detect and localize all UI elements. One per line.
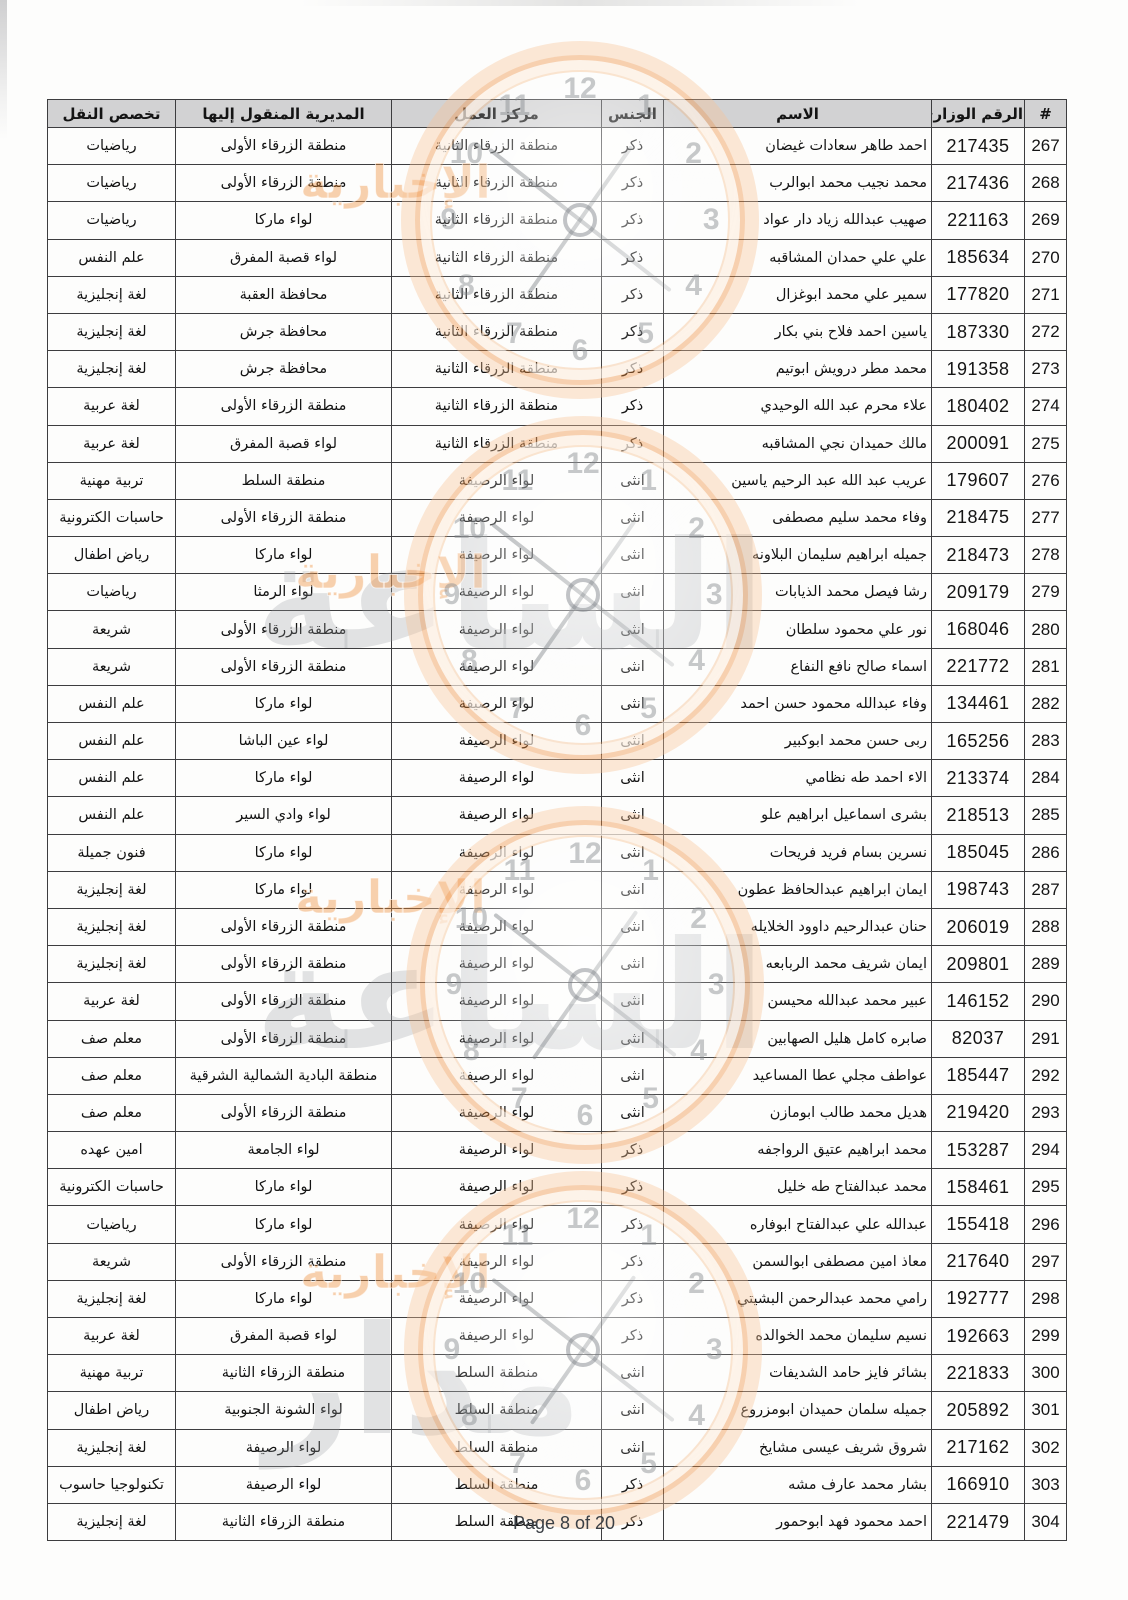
cell-row-number: 281 — [1025, 648, 1067, 685]
header-transfer-specialization: تخصص النقل — [48, 100, 176, 128]
cell-specialization: لغة إنجليزية — [48, 908, 176, 945]
table-row: 294 153287 محمد ابراهيم عتيق الرواجفه ذك… — [48, 1132, 1067, 1169]
table-row: 278 218473 جميله ابراهيم سليمان البلاونه… — [48, 537, 1067, 574]
cell-row-number: 269 — [1025, 202, 1067, 239]
cell-work-center: منطقة الزرقاء الثانية — [392, 165, 602, 202]
cell-work-center: منطقة الزرقاء الثانية — [392, 202, 602, 239]
cell-gender: ذكر — [602, 313, 664, 350]
table-row: 288 206019 حنان عبدالرحيم داوود الخلايله… — [48, 908, 1067, 945]
cell-name: عبدالله علي عبدالفتاح ابوفاره — [664, 1206, 932, 1243]
cell-ministry-number: 134461 — [932, 685, 1025, 722]
cell-directorate: منطقة الزرقاء الأولى — [176, 388, 392, 425]
cell-gender: انثى — [602, 1392, 664, 1429]
cell-directorate: لواء ماركا — [176, 871, 392, 908]
cell-work-center: لواء الرصيفة — [392, 499, 602, 536]
cell-gender: انثى — [602, 834, 664, 871]
cell-specialization: لغة عربية — [48, 1318, 176, 1355]
cell-gender: ذكر — [602, 1132, 664, 1169]
cell-work-center: لواء الرصيفة — [392, 723, 602, 760]
header-row-number: # — [1025, 100, 1067, 128]
cell-specialization: تربية مهنية — [48, 462, 176, 499]
cell-specialization: لغة إنجليزية — [48, 871, 176, 908]
cell-specialization: رياض اطفال — [48, 537, 176, 574]
cell-name: بشار محمد عارف مشه — [664, 1466, 932, 1503]
cell-ministry-number: 185447 — [932, 1057, 1025, 1094]
scan-edge-artifact — [0, 0, 7, 140]
cell-row-number: 271 — [1025, 276, 1067, 313]
cell-work-center: لواء الرصيفة — [392, 871, 602, 908]
cell-specialization: لغة إنجليزية — [48, 1429, 176, 1466]
cell-gender: انثى — [602, 871, 664, 908]
cell-directorate: منطقة الزرقاء الأولى — [176, 499, 392, 536]
cell-work-center: لواء الرصيفة — [392, 1020, 602, 1057]
cell-gender: انثى — [602, 760, 664, 797]
cell-directorate: لواء قصبة المفرق — [176, 425, 392, 462]
header-work-center: مركز العمل — [392, 100, 602, 128]
cell-specialization: رياضيات — [48, 202, 176, 239]
cell-work-center: لواء الرصيفة — [392, 946, 602, 983]
cell-directorate: محافظة جرش — [176, 351, 392, 388]
scan-top-artifact — [300, 0, 860, 6]
cell-directorate: منطقة الزرقاء الأولى — [176, 1243, 392, 1280]
cell-specialization: لغة إنجليزية — [48, 313, 176, 350]
cell-ministry-number: 217640 — [932, 1243, 1025, 1280]
cell-row-number: 298 — [1025, 1280, 1067, 1317]
cell-ministry-number: 179607 — [932, 462, 1025, 499]
cell-work-center: منطقة السلط — [392, 1355, 602, 1392]
table-row: 268 217436 محمد نجيب محمد ابوالرب ذكر من… — [48, 165, 1067, 202]
cell-name: سمير علي محمد ابوغزال — [664, 276, 932, 313]
table-row: 274 180402 علاء محرم عبد الله الوحيدي ذك… — [48, 388, 1067, 425]
cell-directorate: لواء ماركا — [176, 537, 392, 574]
cell-ministry-number: 200091 — [932, 425, 1025, 462]
cell-name: صابره كامل هليل الصهابين — [664, 1020, 932, 1057]
cell-specialization: حاسبات الكترونية — [48, 499, 176, 536]
cell-name: بشائر فايز حامد الشديفات — [664, 1355, 932, 1392]
table-row: 272 187330 ياسين احمد فلاح بني بكار ذكر … — [48, 313, 1067, 350]
cell-ministry-number: 213374 — [932, 760, 1025, 797]
cell-row-number: 282 — [1025, 685, 1067, 722]
table-row: 297 217640 معاذ امين مصطفى ابوالسمن ذكر … — [48, 1243, 1067, 1280]
cell-ministry-number: 217436 — [932, 165, 1025, 202]
cell-row-number: 289 — [1025, 946, 1067, 983]
header-gender: الجنس — [602, 100, 664, 128]
table-row: 289 209801 ايمان شريف محمد الربابعه انثى… — [48, 946, 1067, 983]
cell-row-number: 277 — [1025, 499, 1067, 536]
header-directorate-transferred-to: المديرية المنقول إليها — [176, 100, 392, 128]
cell-ministry-number: 185634 — [932, 239, 1025, 276]
cell-gender: انثى — [602, 1057, 664, 1094]
cell-ministry-number: 209801 — [932, 946, 1025, 983]
cell-gender: ذكر — [602, 1206, 664, 1243]
cell-gender: انثى — [602, 1429, 664, 1466]
cell-ministry-number: 165256 — [932, 723, 1025, 760]
cell-row-number: 293 — [1025, 1094, 1067, 1131]
cell-name: ايمان شريف محمد الربابعه — [664, 946, 932, 983]
cell-row-number: 273 — [1025, 351, 1067, 388]
table-row: 290 146152 عبير محمد عبدالله محيسن انثى … — [48, 983, 1067, 1020]
table-row: 281 221772 اسماء صالح نافع النفاع انثى ل… — [48, 648, 1067, 685]
table-row: 293 219420 هديل محمد طالب ابومازن انثى ل… — [48, 1094, 1067, 1131]
cell-directorate: لواء عين الباشا — [176, 723, 392, 760]
cell-specialization: رياضيات — [48, 128, 176, 165]
cell-work-center: لواء الرصيفة — [392, 908, 602, 945]
cell-gender: ذكر — [602, 425, 664, 462]
cell-gender: انثى — [602, 983, 664, 1020]
cell-gender: انثى — [602, 648, 664, 685]
cell-specialization: شريعة — [48, 648, 176, 685]
cell-name: نسرين بسام فريد فريحات — [664, 834, 932, 871]
table-row: 284 213374 الاء احمد طه نظامي انثى لواء … — [48, 760, 1067, 797]
cell-gender: ذكر — [602, 276, 664, 313]
cell-gender: ذكر — [602, 202, 664, 239]
cell-row-number: 267 — [1025, 128, 1067, 165]
table-row: 286 185045 نسرين بسام فريد فريحات انثى ل… — [48, 834, 1067, 871]
cell-name: معاذ امين مصطفى ابوالسمن — [664, 1243, 932, 1280]
cell-gender: انثى — [602, 574, 664, 611]
cell-specialization: رياضيات — [48, 1206, 176, 1243]
cell-work-center: لواء الرصيفة — [392, 648, 602, 685]
cell-directorate: لواء الرصيفة — [176, 1466, 392, 1503]
table-row: 271 177820 سمير علي محمد ابوغزال ذكر منط… — [48, 276, 1067, 313]
cell-name: علاء محرم عبد الله الوحيدي — [664, 388, 932, 425]
cell-ministry-number: 198743 — [932, 871, 1025, 908]
cell-name: صهيب عبدالله زياد دار عواد — [664, 202, 932, 239]
cell-row-number: 286 — [1025, 834, 1067, 871]
cell-name: اسماء صالح نافع النفاع — [664, 648, 932, 685]
cell-directorate: لواء الجامعة — [176, 1132, 392, 1169]
cell-work-center: لواء الرصيفة — [392, 537, 602, 574]
cell-work-center: منطقة الزرقاء الثانية — [392, 313, 602, 350]
cell-specialization: لغة عربية — [48, 983, 176, 1020]
cell-gender: ذكر — [602, 1280, 664, 1317]
cell-directorate: لواء ماركا — [176, 1280, 392, 1317]
cell-ministry-number: 187330 — [932, 313, 1025, 350]
cell-ministry-number: 221163 — [932, 202, 1025, 239]
cell-work-center: منطقة الزرقاء الثانية — [392, 128, 602, 165]
cell-ministry-number: 168046 — [932, 611, 1025, 648]
cell-row-number: 275 — [1025, 425, 1067, 462]
cell-name: هديل محمد طالب ابومازن — [664, 1094, 932, 1131]
cell-specialization: معلم صف — [48, 1094, 176, 1131]
cell-work-center: لواء الرصيفة — [392, 1318, 602, 1355]
cell-directorate: منطقة الزرقاء الأولى — [176, 908, 392, 945]
cell-specialization: علم النفس — [48, 239, 176, 276]
cell-ministry-number: 219420 — [932, 1094, 1025, 1131]
cell-ministry-number: 206019 — [932, 908, 1025, 945]
table-row: 300 221833 بشائر فايز حامد الشديفات انثى… — [48, 1355, 1067, 1392]
cell-ministry-number: 217435 — [932, 128, 1025, 165]
cell-directorate: منطقة الزرقاء الأولى — [176, 165, 392, 202]
table-row: 296 155418 عبدالله علي عبدالفتاح ابوفاره… — [48, 1206, 1067, 1243]
cell-work-center: لواء الرصيفة — [392, 1206, 602, 1243]
cell-work-center: لواء الرصيفة — [392, 1169, 602, 1206]
cell-work-center: منطقة الزرقاء الثانية — [392, 388, 602, 425]
cell-name: ايمان ابراهيم عبدالحافظ عطون — [664, 871, 932, 908]
cell-name: بشرى اسماعيل ابراهيم علو — [664, 797, 932, 834]
cell-row-number: 283 — [1025, 723, 1067, 760]
cell-work-center: لواء الرصيفة — [392, 611, 602, 648]
document-sheet: # الرقم الوزاري الاسم الجنس مركز العمل ا… — [47, 99, 1067, 1541]
cell-row-number: 270 — [1025, 239, 1067, 276]
table-row: 267 217435 احمد طاهر سعادات غيضان ذكر من… — [48, 128, 1067, 165]
cell-row-number: 272 — [1025, 313, 1067, 350]
cell-ministry-number: 166910 — [932, 1466, 1025, 1503]
cell-work-center: منطقة السلط — [392, 1429, 602, 1466]
cell-gender: انثى — [602, 946, 664, 983]
table-row: 299 192663 نسيم سليمان محمد الخوالده ذكر… — [48, 1318, 1067, 1355]
cell-specialization: معلم صف — [48, 1020, 176, 1057]
cell-name: عريب عبد الله عبد الرحيم ياسين — [664, 462, 932, 499]
cell-directorate: لواء ماركا — [176, 685, 392, 722]
cell-name: حنان عبدالرحيم داوود الخلايله — [664, 908, 932, 945]
cell-ministry-number: 191358 — [932, 351, 1025, 388]
cell-directorate: لواء الرمثا — [176, 574, 392, 611]
table-row: 280 168046 نور علي محمود سلطان انثى لواء… — [48, 611, 1067, 648]
cell-ministry-number: 177820 — [932, 276, 1025, 313]
cell-gender: ذكر — [602, 239, 664, 276]
cell-name: نسيم سليمان محمد الخوالده — [664, 1318, 932, 1355]
cell-work-center: منطقة الزرقاء الثانية — [392, 351, 602, 388]
cell-name: جميله ابراهيم سليمان البلاونه — [664, 537, 932, 574]
cell-specialization: لغة إنجليزية — [48, 276, 176, 313]
cell-directorate: لواء قصبة المفرق — [176, 239, 392, 276]
cell-row-number: 292 — [1025, 1057, 1067, 1094]
cell-work-center: لواء الرصيفة — [392, 685, 602, 722]
cell-name: جميله سلمان حميدان ابومزروع — [664, 1392, 932, 1429]
table-row: 275 200091 مالك حميدان نجي المشاقبه ذكر … — [48, 425, 1067, 462]
cell-directorate: لواء قصبة المفرق — [176, 1318, 392, 1355]
cell-row-number: 295 — [1025, 1169, 1067, 1206]
cell-directorate: منطقة السلط — [176, 462, 392, 499]
cell-gender: ذكر — [602, 388, 664, 425]
cell-row-number: 291 — [1025, 1020, 1067, 1057]
cell-work-center: لواء الرصيفة — [392, 1243, 602, 1280]
cell-row-number: 285 — [1025, 797, 1067, 834]
cell-row-number: 288 — [1025, 908, 1067, 945]
cell-ministry-number: 218475 — [932, 499, 1025, 536]
cell-name: علي علي حمدان المشاقبه — [664, 239, 932, 276]
table-row: 277 218475 وفاء محمد سليم مصطفى انثى لوا… — [48, 499, 1067, 536]
cell-name: مالك حميدان نجي المشاقبه — [664, 425, 932, 462]
cell-gender: انثى — [602, 908, 664, 945]
cell-specialization: شريعة — [48, 611, 176, 648]
cell-directorate: منطقة الزرقاء الأولى — [176, 611, 392, 648]
cell-specialization: لغة عربية — [48, 388, 176, 425]
cell-specialization: رياضيات — [48, 574, 176, 611]
cell-directorate: محافظة جرش — [176, 313, 392, 350]
cell-gender: ذكر — [602, 1466, 664, 1503]
table-row: 287 198743 ايمان ابراهيم عبدالحافظ عطون … — [48, 871, 1067, 908]
table-row: 291 82037 صابره كامل هليل الصهابين انثى … — [48, 1020, 1067, 1057]
cell-name: ياسين احمد فلاح بني بكار — [664, 313, 932, 350]
cell-directorate: لواء الرصيفة — [176, 1429, 392, 1466]
header-ministry-number: الرقم الوزاري — [932, 100, 1025, 128]
cell-work-center: لواء الرصيفة — [392, 1132, 602, 1169]
cell-directorate: لواء ماركا — [176, 1206, 392, 1243]
cell-name: محمد مطر درويش ابوتيم — [664, 351, 932, 388]
cell-row-number: 278 — [1025, 537, 1067, 574]
cell-directorate: لواء ماركا — [176, 1169, 392, 1206]
cell-row-number: 279 — [1025, 574, 1067, 611]
cell-ministry-number: 180402 — [932, 388, 1025, 425]
cell-name: محمد ابراهيم عتيق الرواجفه — [664, 1132, 932, 1169]
table-row: 285 218513 بشرى اسماعيل ابراهيم علو انثى… — [48, 797, 1067, 834]
cell-directorate: منطقة الزرقاء الثانية — [176, 1355, 392, 1392]
cell-directorate: منطقة الزرقاء الأولى — [176, 1094, 392, 1131]
cell-work-center: منطقة الزرقاء الثانية — [392, 276, 602, 313]
cell-work-center: لواء الرصيفة — [392, 1094, 602, 1131]
cell-name: وفاء محمد سليم مصطفى — [664, 499, 932, 536]
cell-specialization: حاسبات الكترونية — [48, 1169, 176, 1206]
cell-directorate: محافظة العقبة — [176, 276, 392, 313]
cell-gender: انثى — [602, 462, 664, 499]
cell-ministry-number: 185045 — [932, 834, 1025, 871]
cell-directorate: لواء ماركا — [176, 202, 392, 239]
table-row: 301 205892 جميله سلمان حميدان ابومزروع ا… — [48, 1392, 1067, 1429]
cell-row-number: 284 — [1025, 760, 1067, 797]
table-row: 270 185634 علي علي حمدان المشاقبه ذكر من… — [48, 239, 1067, 276]
cell-directorate: منطقة الزرقاء الأولى — [176, 983, 392, 1020]
cell-specialization: علم النفس — [48, 685, 176, 722]
cell-gender: انثى — [602, 723, 664, 760]
cell-name: الاء احمد طه نظامي — [664, 760, 932, 797]
cell-specialization: علم النفس — [48, 797, 176, 834]
cell-ministry-number: 158461 — [932, 1169, 1025, 1206]
cell-directorate: لواء ماركا — [176, 760, 392, 797]
cell-ministry-number: 192777 — [932, 1280, 1025, 1317]
table-row: 295 158461 محمد عبدالفتاح طه خليل ذكر لو… — [48, 1169, 1067, 1206]
cell-work-center: منطقة السلط — [392, 1392, 602, 1429]
cell-specialization: تربية مهنية — [48, 1355, 176, 1392]
cell-ministry-number: 146152 — [932, 983, 1025, 1020]
cell-row-number: 287 — [1025, 871, 1067, 908]
cell-gender: انثى — [602, 1094, 664, 1131]
table-row: 298 192777 رامي محمد عبدالرحمن البشيتي ذ… — [48, 1280, 1067, 1317]
cell-row-number: 303 — [1025, 1466, 1067, 1503]
cell-work-center: لواء الرصيفة — [392, 983, 602, 1020]
cell-gender: انثى — [602, 537, 664, 574]
cell-directorate: منطقة الزرقاء الأولى — [176, 648, 392, 685]
table-row: 292 185447 عواطف مجلي عطا المساعيد انثى … — [48, 1057, 1067, 1094]
cell-ministry-number: 153287 — [932, 1132, 1025, 1169]
cell-name: وفاء عبدالله محمود حسن احمد — [664, 685, 932, 722]
cell-gender: انثى — [602, 499, 664, 536]
cell-name: ربى حسن محمد ابوكبير — [664, 723, 932, 760]
cell-specialization: شريعة — [48, 1243, 176, 1280]
cell-row-number: 297 — [1025, 1243, 1067, 1280]
transfer-table: # الرقم الوزاري الاسم الجنس مركز العمل ا… — [47, 99, 1067, 1541]
cell-row-number: 268 — [1025, 165, 1067, 202]
cell-row-number: 296 — [1025, 1206, 1067, 1243]
cell-name: محمد عبدالفتاح طه خليل — [664, 1169, 932, 1206]
cell-row-number: 280 — [1025, 611, 1067, 648]
table-body: 267 217435 احمد طاهر سعادات غيضان ذكر من… — [48, 128, 1067, 1541]
table-row: 269 221163 صهيب عبدالله زياد دار عواد ذك… — [48, 202, 1067, 239]
table-row: 283 165256 ربى حسن محمد ابوكبير انثى لوا… — [48, 723, 1067, 760]
cell-gender: ذكر — [602, 351, 664, 388]
page-number-footer: Page 8 of 20 — [0, 1513, 1128, 1534]
cell-specialization: لغة عربية — [48, 425, 176, 462]
cell-specialization: امين عهده — [48, 1132, 176, 1169]
cell-directorate: منطقة البادية الشمالية الشرقية — [176, 1057, 392, 1094]
cell-name: عبير محمد عبدالله محيسن — [664, 983, 932, 1020]
cell-specialization: رياض اطفال — [48, 1392, 176, 1429]
cell-work-center: منطقة الزرقاء الثانية — [392, 239, 602, 276]
cell-work-center: لواء الرصيفة — [392, 462, 602, 499]
cell-ministry-number: 218513 — [932, 797, 1025, 834]
cell-row-number: 302 — [1025, 1429, 1067, 1466]
cell-work-center: لواء الرصيفة — [392, 1057, 602, 1094]
cell-gender: انثى — [602, 685, 664, 722]
cell-directorate: منطقة الزرقاء الأولى — [176, 1020, 392, 1057]
cell-ministry-number: 217162 — [932, 1429, 1025, 1466]
cell-row-number: 274 — [1025, 388, 1067, 425]
cell-work-center: لواء الرصيفة — [392, 574, 602, 611]
cell-name: احمد طاهر سعادات غيضان — [664, 128, 932, 165]
cell-gender: انثى — [602, 1355, 664, 1392]
cell-specialization: معلم صف — [48, 1057, 176, 1094]
table-row: 276 179607 عريب عبد الله عبد الرحيم ياسي… — [48, 462, 1067, 499]
cell-directorate: لواء وادي السير — [176, 797, 392, 834]
cell-row-number: 301 — [1025, 1392, 1067, 1429]
cell-directorate: لواء الشونة الجنوبية — [176, 1392, 392, 1429]
cell-gender: ذكر — [602, 128, 664, 165]
table-row: 282 134461 وفاء عبدالله محمود حسن احمد ا… — [48, 685, 1067, 722]
cell-directorate: منطقة الزرقاء الأولى — [176, 128, 392, 165]
cell-ministry-number: 209179 — [932, 574, 1025, 611]
cell-row-number: 300 — [1025, 1355, 1067, 1392]
cell-work-center: لواء الرصيفة — [392, 834, 602, 871]
cell-specialization: علم النفس — [48, 760, 176, 797]
cell-ministry-number: 192663 — [932, 1318, 1025, 1355]
cell-work-center: منطقة الزرقاء الثانية — [392, 425, 602, 462]
cell-work-center: لواء الرصيفة — [392, 797, 602, 834]
cell-row-number: 299 — [1025, 1318, 1067, 1355]
cell-ministry-number: 218473 — [932, 537, 1025, 574]
cell-specialization: فنون جميلة — [48, 834, 176, 871]
cell-ministry-number: 82037 — [932, 1020, 1025, 1057]
cell-gender: ذكر — [602, 1318, 664, 1355]
cell-specialization: تكنولوجيا حاسوب — [48, 1466, 176, 1503]
cell-specialization: رياضيات — [48, 165, 176, 202]
cell-work-center: لواء الرصيفة — [392, 1280, 602, 1317]
cell-ministry-number: 205892 — [932, 1392, 1025, 1429]
cell-name: رشا فيصل محمد الذيابات — [664, 574, 932, 611]
cell-gender: انثى — [602, 797, 664, 834]
cell-name: نور علي محمود سلطان — [664, 611, 932, 648]
table-row: 303 166910 بشار محمد عارف مشه ذكر منطقة … — [48, 1466, 1067, 1503]
cell-specialization: لغة إنجليزية — [48, 351, 176, 388]
cell-name: رامي محمد عبدالرحمن البشيتي — [664, 1280, 932, 1317]
cell-specialization: لغة إنجليزية — [48, 946, 176, 983]
cell-work-center: لواء الرصيفة — [392, 760, 602, 797]
cell-gender: انثى — [602, 611, 664, 648]
cell-name: عواطف مجلي عطا المساعيد — [664, 1057, 932, 1094]
cell-work-center: منطقة السلط — [392, 1466, 602, 1503]
header-name: الاسم — [664, 100, 932, 128]
table-row: 273 191358 محمد مطر درويش ابوتيم ذكر منط… — [48, 351, 1067, 388]
cell-name: محمد نجيب محمد ابوالرب — [664, 165, 932, 202]
cell-ministry-number: 221772 — [932, 648, 1025, 685]
cell-name: شروق شريف عيسى مشايخ — [664, 1429, 932, 1466]
table-row: 279 209179 رشا فيصل محمد الذيابات انثى ل… — [48, 574, 1067, 611]
table-header-row: # الرقم الوزاري الاسم الجنس مركز العمل ا… — [48, 100, 1067, 128]
table-row: 302 217162 شروق شريف عيسى مشايخ انثى منط… — [48, 1429, 1067, 1466]
cell-gender: ذكر — [602, 1243, 664, 1280]
cell-ministry-number: 221833 — [932, 1355, 1025, 1392]
cell-gender: انثى — [602, 1020, 664, 1057]
